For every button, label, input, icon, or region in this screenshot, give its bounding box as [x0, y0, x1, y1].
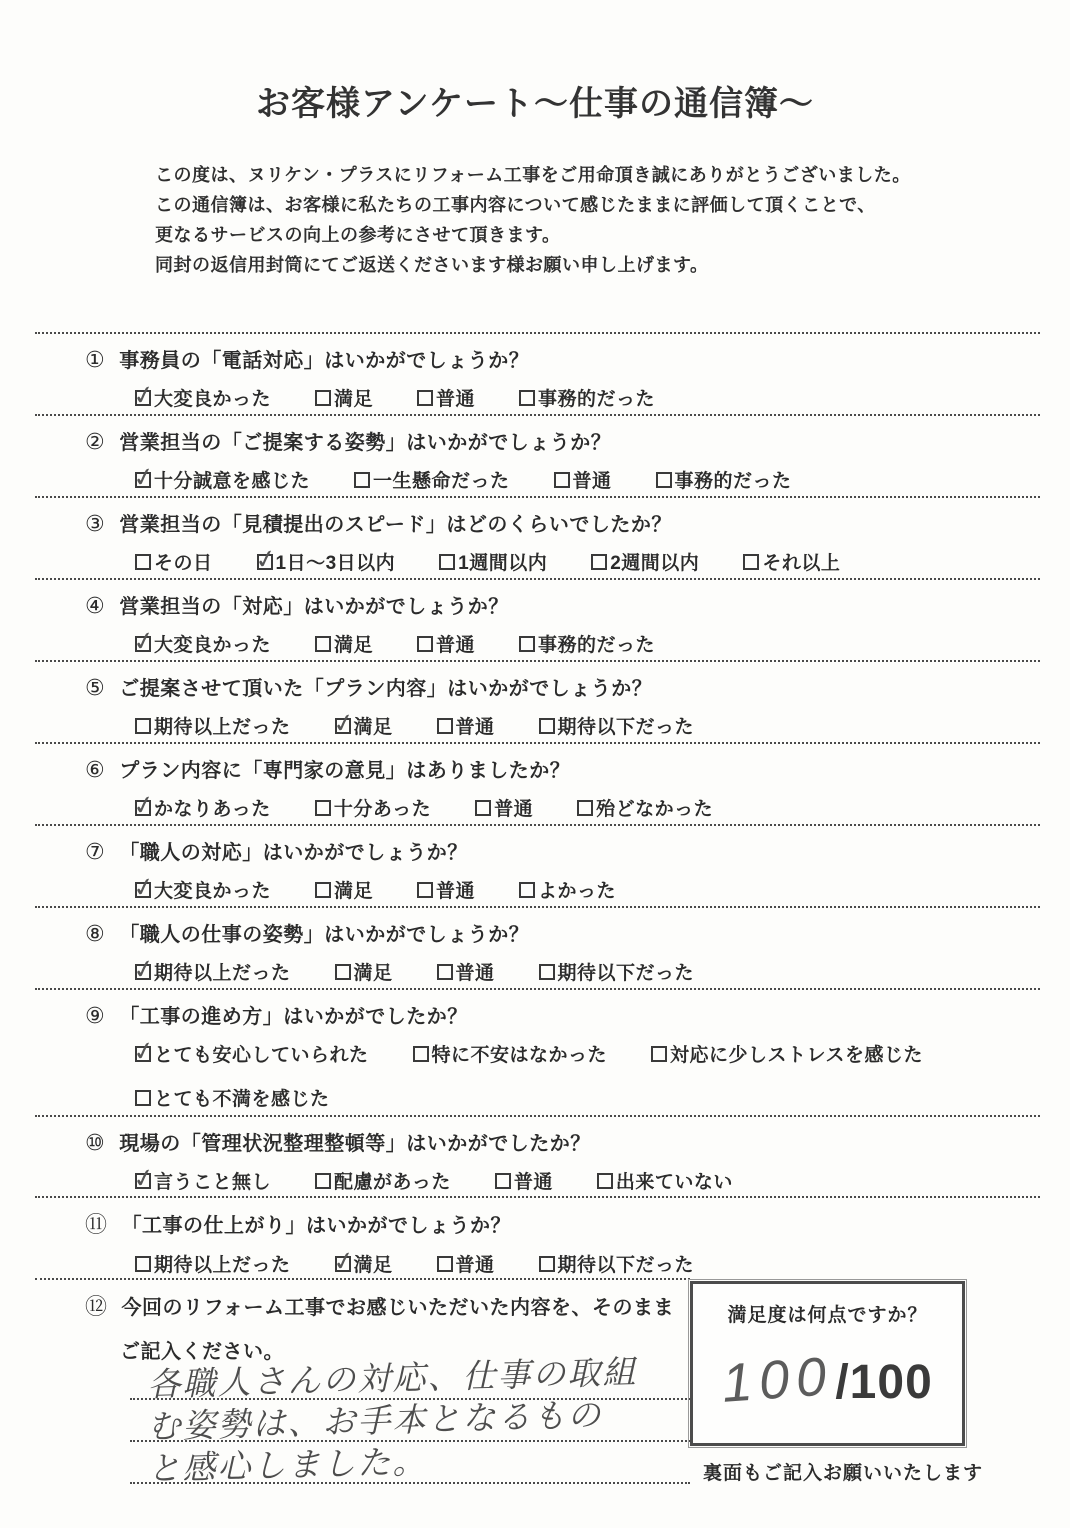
options-row: かなりあった 十分あった 普通 殆どなかった: [35, 794, 1040, 821]
checkbox-icon[interactable]: [437, 718, 453, 734]
option-label: 対応に少しストレスを感じた: [670, 1040, 923, 1067]
question-block-7: ⑦「職人の対応」はいかがでしょうか？ 大変良かった 満足 普通 よかった: [35, 824, 1040, 906]
checkbox-icon[interactable]: [335, 964, 351, 980]
option[interactable]: よかった: [519, 876, 616, 903]
option[interactable]: 満足: [335, 1250, 393, 1277]
question-number: ④: [85, 593, 105, 619]
option-label: 普通: [456, 958, 495, 985]
checkbox-icon[interactable]: [257, 554, 273, 570]
checkbox-icon[interactable]: [591, 554, 607, 570]
checkbox-icon[interactable]: [135, 800, 151, 816]
option-label: 普通: [494, 794, 533, 821]
option-label: 1日～3日以内: [276, 548, 396, 575]
checkbox-icon[interactable]: [135, 1256, 151, 1272]
question-label: ご提案させて頂いた「プラン内容」はいかがでしょうか？: [119, 678, 652, 700]
options-row: その日 1日～3日以内 1週間以内 2週間以内 それ以上: [35, 548, 1040, 575]
option-label: 殆どなかった: [596, 794, 713, 821]
option[interactable]: 出来ていない: [597, 1167, 733, 1194]
checkbox-icon[interactable]: [135, 882, 151, 898]
checkbox-icon[interactable]: [315, 800, 331, 816]
option-label: 満足: [334, 876, 373, 903]
question-label: 営業担当の「見積提出のスピード」はどのくらいでしたか？: [119, 514, 672, 536]
question-number: ⑤: [85, 675, 105, 701]
option-label: 普通: [456, 1250, 495, 1277]
intro-line: この度は、ヌリケン・プラスにリフォーム工事をご用命頂き誠にありがとうございました…: [155, 160, 911, 190]
option[interactable]: 1週間以内: [439, 548, 547, 575]
option[interactable]: 普通: [475, 794, 533, 821]
option-label: 十分誠意を感じた: [154, 466, 310, 493]
option[interactable]: 2週間以内: [591, 548, 699, 575]
checkbox-icon[interactable]: [539, 718, 555, 734]
option[interactable]: 事務的だった: [656, 466, 792, 493]
question-text: ⑤ご提案させて頂いた「プラン内容」はいかがでしょうか？: [35, 662, 1040, 701]
option[interactable]: 期待以下だった: [539, 712, 695, 739]
option[interactable]: 事務的だった: [519, 384, 655, 411]
option[interactable]: 期待以上だった: [135, 712, 291, 739]
option[interactable]: 大変良かった: [135, 876, 271, 903]
checkbox-icon[interactable]: [554, 472, 570, 488]
question-block-12: ⑫今回のリフォーム工事でお感じいただいた内容を、そのまま ご記入ください。 各職…: [35, 1278, 1040, 1526]
option[interactable]: 大変良かった: [135, 630, 271, 657]
options-row: とても安心していられた 特に不安はなかった 対応に少しストレスを感じた: [35, 1040, 1040, 1067]
option[interactable]: 言うこと無し: [135, 1167, 271, 1194]
option[interactable]: 普通: [417, 876, 475, 903]
checkbox-icon[interactable]: [135, 390, 151, 406]
option-label: 期待以下だった: [558, 712, 695, 739]
checkbox-icon[interactable]: [539, 1256, 555, 1272]
question-block-1: ①事務員の「電話対応」はいかがでしょうか？ 大変良かった 満足 普通 事務的だっ…: [35, 332, 1040, 414]
options-row: 大変良かった 満足 普通 よかった: [35, 876, 1040, 903]
comment-line[interactable]: と感心しました。: [130, 1442, 690, 1484]
question-block-4: ④営業担当の「対応」はいかがでしょうか？ 大変良かった 満足 普通 事務的だった: [35, 578, 1040, 660]
options-row: 言うこと無し 配慮があった 普通 出来ていない: [35, 1167, 1040, 1194]
option-label: 普通: [456, 712, 495, 739]
question-label: 現場の「管理状況整理整頓等」はいかがでしたか？: [119, 1133, 591, 1155]
checkbox-icon[interactable]: [417, 882, 433, 898]
checkbox-icon[interactable]: [354, 472, 370, 488]
back-side-note: 裏面もご記入お願いいたします: [703, 1458, 983, 1485]
question-text: ⑨「工事の進め方」はいかがでしたか？: [35, 990, 1040, 1029]
option-label: それ以上: [762, 548, 840, 575]
checkbox-icon[interactable]: [135, 636, 151, 652]
checkbox-icon[interactable]: [539, 964, 555, 980]
option-label: 大変良かった: [154, 630, 271, 657]
checkbox-icon[interactable]: [335, 718, 351, 734]
option-label: 大変良かった: [154, 384, 271, 411]
option[interactable]: それ以上: [743, 548, 840, 575]
question-label: 「職人の対応」はいかがでしょうか？: [119, 842, 468, 864]
separator: [35, 1278, 690, 1280]
question-number: ③: [85, 511, 105, 537]
option[interactable]: 十分誠意を感じた: [135, 466, 310, 493]
option-label: 事務的だった: [675, 466, 792, 493]
option-label: 普通: [514, 1167, 553, 1194]
checkbox-icon[interactable]: [135, 554, 151, 570]
question-number: ②: [85, 429, 105, 455]
question-label: 「工事の進め方」はいかがでしたか？: [119, 1006, 468, 1028]
intro-paragraph: この度は、ヌリケン・プラスにリフォーム工事をご用命頂き誠にありがとうございました…: [155, 160, 911, 280]
checkbox-icon[interactable]: [135, 718, 151, 734]
option-label: 満足: [354, 712, 393, 739]
option[interactable]: 期待以上だった: [135, 1250, 291, 1277]
option-label: 事務的だった: [538, 384, 655, 411]
option[interactable]: 期待以下だった: [539, 1250, 695, 1277]
option[interactable]: 普通: [554, 466, 612, 493]
question-block-9: ⑨「工事の進め方」はいかがでしたか？ とても安心していられた 特に不安はなかった…: [35, 988, 1040, 1115]
question-label: 営業担当の「ご提案する姿勢」はいかがでしょうか？: [119, 432, 611, 454]
option-label: 普通: [436, 384, 475, 411]
comment-write-in-area[interactable]: 各職人さんの対応、仕事の取組 む姿勢は、お手本となるもの と感心しました。: [130, 1358, 690, 1484]
question-text: ⑧「職人の仕事の姿勢」はいかがでしょうか？: [35, 908, 1040, 947]
option-label: 期待以下だった: [558, 958, 695, 985]
intro-line: 同封の返信用封筒にてご返送くださいます様お願い申し上げます。: [155, 250, 911, 280]
option-label: 配慮があった: [334, 1167, 451, 1194]
checkbox-icon[interactable]: [335, 1256, 351, 1272]
option-label: 期待以下だった: [558, 1250, 695, 1277]
checkbox-icon[interactable]: [475, 800, 491, 816]
checkbox-icon[interactable]: [519, 636, 535, 652]
option-label: 満足: [334, 384, 373, 411]
option-label: かなりあった: [154, 794, 271, 821]
option[interactable]: 一生懸命だった: [354, 466, 510, 493]
options-row: 大変良かった 満足 普通 事務的だった: [35, 384, 1040, 411]
checkbox-icon[interactable]: [439, 554, 455, 570]
option[interactable]: 満足: [335, 958, 393, 985]
question-block-8: ⑧「職人の仕事の姿勢」はいかがでしょうか？ 期待以上だった 満足 普通 期待以下…: [35, 906, 1040, 988]
question-label: 営業担当の「対応」はいかがでしょうか？: [119, 596, 509, 618]
option[interactable]: 特に不安はなかった: [413, 1040, 608, 1067]
option[interactable]: とても安心していられた: [135, 1040, 369, 1067]
option-label: 期待以上だった: [154, 1250, 291, 1277]
handwritten-comment: と感心しました。: [147, 1436, 428, 1490]
option[interactable]: その日: [135, 548, 213, 575]
checkbox-icon[interactable]: [135, 1046, 151, 1062]
question-block-3: ③営業担当の「見積提出のスピード」はどのくらいでしたか？ その日 1日～3日以内…: [35, 496, 1040, 578]
checkbox-icon[interactable]: [135, 964, 151, 980]
question-block-6: ⑥プラン内容に「専門家の意見」はありましたか？ かなりあった 十分あった 普通 …: [35, 742, 1040, 824]
question-text: ②営業担当の「ご提案する姿勢」はいかがでしょうか？: [35, 416, 1040, 455]
option[interactable]: とても不満を感じた: [135, 1084, 330, 1111]
question-list: ①事務員の「電話対応」はいかがでしょうか？ 大変良かった 満足 普通 事務的だっ…: [35, 332, 1040, 1526]
option-label: 期待以上だった: [154, 958, 291, 985]
option[interactable]: 期待以上だった: [135, 958, 291, 985]
question-number: ⑥: [85, 757, 105, 783]
checkbox-icon[interactable]: [315, 390, 331, 406]
option[interactable]: 1日～3日以内: [257, 548, 396, 575]
checkbox-icon[interactable]: [597, 1173, 613, 1189]
question-label: プラン内容に「専門家の意見」はありましたか？: [119, 760, 570, 782]
option[interactable]: 大変良かった: [135, 384, 271, 411]
question-block-10: ⑩現場の「管理状況整理整頓等」はいかがでしたか？ 言うこと無し 配慮があった 普…: [35, 1115, 1040, 1196]
option-label: 普通: [573, 466, 612, 493]
question-text: ①事務員の「電話対応」はいかがでしょうか？: [35, 334, 1040, 373]
option-label: 出来ていない: [616, 1167, 733, 1194]
intro-line: 更なるサービスの向上の参考にさせて頂きます。: [155, 220, 911, 250]
checkbox-icon[interactable]: [315, 882, 331, 898]
question-text: ⑪「工事の仕上がり」はいかがでしょうか？: [35, 1198, 1040, 1239]
option-label: 2週間以内: [610, 548, 699, 575]
option-label: 満足: [354, 1250, 393, 1277]
checkbox-icon[interactable]: [743, 554, 759, 570]
question-number: ⑨: [85, 1003, 105, 1029]
option[interactable]: 普通: [437, 712, 495, 739]
checkbox-icon[interactable]: [656, 472, 672, 488]
option-label: 1週間以内: [458, 548, 547, 575]
option[interactable]: 普通: [417, 384, 475, 411]
option[interactable]: 満足: [315, 384, 373, 411]
options-row: 大変良かった 満足 普通 事務的だった: [35, 630, 1040, 657]
handwritten-score: 100: [720, 1345, 835, 1415]
option-label: 特に不安はなかった: [432, 1040, 608, 1067]
question-number: ⑩: [85, 1130, 105, 1156]
option-label: 普通: [436, 876, 475, 903]
options-row: とても不満を感じた: [35, 1084, 1040, 1111]
checkbox-icon[interactable]: [417, 636, 433, 652]
option-label: 期待以上だった: [154, 712, 291, 739]
checkbox-icon[interactable]: [437, 964, 453, 980]
question-block-2: ②営業担当の「ご提案する姿勢」はいかがでしょうか？ 十分誠意を感じた 一生懸命だ…: [35, 414, 1040, 496]
option-label: 満足: [334, 630, 373, 657]
option[interactable]: 普通: [417, 630, 475, 657]
option[interactable]: 普通: [437, 958, 495, 985]
option[interactable]: 満足: [335, 712, 393, 739]
question-label: 今回のリフォーム工事でお感じいただいた内容を、そのまま: [122, 1297, 675, 1319]
checkbox-icon[interactable]: [437, 1256, 453, 1272]
option[interactable]: 殆どなかった: [577, 794, 713, 821]
checkbox-icon[interactable]: [315, 1173, 331, 1189]
score-value-row: 100 /100: [693, 1349, 962, 1411]
option[interactable]: 事務的だった: [519, 630, 655, 657]
question-number: ①: [85, 347, 105, 373]
option-label: 普通: [436, 630, 475, 657]
option-label: 一生懸命だった: [373, 466, 510, 493]
question-text: ⑩現場の「管理状況整理整頓等」はいかがでしたか？: [35, 1117, 1040, 1156]
option-label: とても安心していられた: [154, 1040, 369, 1067]
option-label: 満足: [354, 958, 393, 985]
option[interactable]: 配慮があった: [315, 1167, 451, 1194]
option[interactable]: 普通: [495, 1167, 553, 1194]
option-label: よかった: [538, 876, 616, 903]
options-row: 期待以上だった 満足 普通 期待以下だった: [35, 712, 1040, 739]
checkbox-icon[interactable]: [417, 390, 433, 406]
checkbox-icon[interactable]: [413, 1046, 429, 1062]
option[interactable]: 満足: [315, 876, 373, 903]
question-number: ⑪: [85, 1208, 108, 1239]
question-text: ⑥プラン内容に「専門家の意見」はありましたか？: [35, 744, 1040, 783]
question-block-11: ⑪「工事の仕上がり」はいかがでしょうか？ 期待以上だった 満足 普通 期待以下だ…: [35, 1196, 1040, 1278]
checkbox-icon[interactable]: [135, 472, 151, 488]
option[interactable]: 期待以下だった: [539, 958, 695, 985]
option-label: 事務的だった: [538, 630, 655, 657]
satisfaction-score-box[interactable]: 満足度は何点ですか？ 100 /100: [690, 1281, 965, 1446]
question-text: ⑦「職人の対応」はいかがでしょうか？: [35, 826, 1040, 865]
survey-document: お客様アンケート～仕事の通信簿～ この度は、ヌリケン・プラスにリフォーム工事をご…: [0, 0, 1070, 1528]
checkbox-icon[interactable]: [651, 1046, 667, 1062]
options-row: 期待以上だった 満足 普通 期待以下だった: [35, 1250, 1040, 1277]
options-row: 期待以上だった 満足 普通 期待以下だった: [35, 958, 1040, 985]
checkbox-icon[interactable]: [135, 1090, 151, 1106]
question-label: 「職人の仕事の姿勢」はいかがでしょうか？: [119, 924, 529, 946]
option[interactable]: 十分あった: [315, 794, 431, 821]
question-number: ⑫: [85, 1290, 108, 1321]
checkbox-icon[interactable]: [495, 1173, 511, 1189]
question-text: ③営業担当の「見積提出のスピード」はどのくらいでしたか？: [35, 498, 1040, 537]
question-number: ⑦: [85, 839, 105, 865]
question-label: 事務員の「電話対応」はいかがでしょうか？: [119, 350, 529, 372]
option[interactable]: 満足: [315, 630, 373, 657]
option-label: 言うこと無し: [154, 1167, 271, 1194]
question-label: 「工事の仕上がり」はいかがでしょうか？: [122, 1215, 512, 1237]
checkbox-icon[interactable]: [315, 636, 331, 652]
checkbox-icon[interactable]: [519, 390, 535, 406]
page-title: お客様アンケート～仕事の通信簿～: [0, 76, 1070, 125]
question-number: ⑧: [85, 921, 105, 947]
option[interactable]: 普通: [437, 1250, 495, 1277]
option[interactable]: かなりあった: [135, 794, 271, 821]
score-denominator: /100: [835, 1355, 932, 1410]
option-label: その日: [154, 548, 213, 575]
score-label: 満足度は何点ですか？: [693, 1300, 962, 1327]
question-text: ④営業担当の「対応」はいかがでしょうか？: [35, 580, 1040, 619]
option[interactable]: 対応に少しストレスを感じた: [651, 1040, 923, 1067]
option-label: 十分あった: [334, 794, 431, 821]
intro-line: この通信簿は、お客様に私たちの工事内容について感じたままに評価して頂くことで、: [155, 190, 911, 220]
checkbox-icon[interactable]: [135, 1173, 151, 1189]
checkbox-icon[interactable]: [577, 800, 593, 816]
checkbox-icon[interactable]: [519, 882, 535, 898]
options-row: 十分誠意を感じた 一生懸命だった 普通 事務的だった: [35, 466, 1040, 493]
option-label: 大変良かった: [154, 876, 271, 903]
question-block-5: ⑤ご提案させて頂いた「プラン内容」はいかがでしょうか？ 期待以上だった 満足 普…: [35, 660, 1040, 742]
option-label: とても不満を感じた: [154, 1084, 330, 1111]
